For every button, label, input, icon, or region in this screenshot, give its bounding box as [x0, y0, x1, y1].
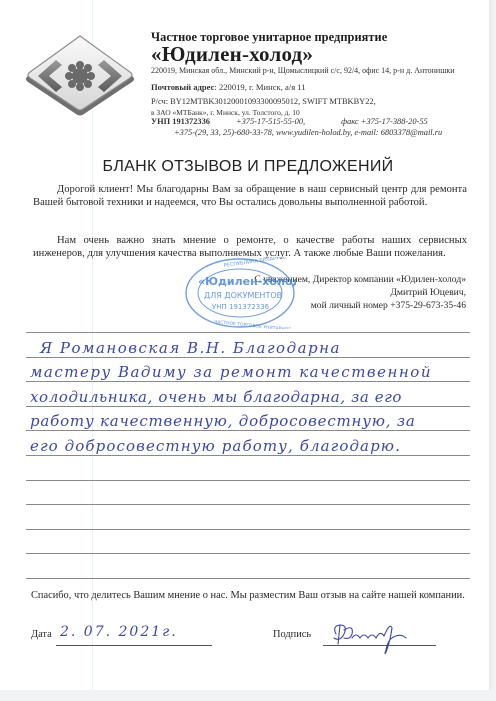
ruled-line [26, 357, 470, 358]
ruled-line [26, 455, 470, 456]
handwritten-feedback-line: мастеру Вадиму за ремонт качественной [30, 363, 432, 381]
intro-paragraph-1-text: Дорогой клиент! Мы благодарны Вам за обр… [33, 184, 467, 208]
contacts-line: +375-(29, 33, 25)-680-33-78, www.yudilen… [174, 128, 442, 137]
page-title: БЛАНК ОТЗЫВОВ И ПРЕДЛОЖЕНИЙ [0, 158, 496, 176]
phone-number: +375-17-515-55-00, [236, 117, 305, 126]
page-edge-shadow [489, 0, 496, 701]
postal-address: Почтовый адрес: 220019, г. Минск, а/я 11 [151, 82, 306, 92]
stamp-purpose: ДЛЯ ДОКУМЕНТОВ [204, 291, 282, 300]
ruled-line [26, 430, 470, 431]
ruled-line [26, 553, 470, 554]
handwritten-feedback-line: работу качественную, добросовестную, за [30, 412, 416, 430]
bank-account: Р/сч: BY12MTBK30120001093300095012, SWIF… [151, 97, 376, 106]
unp-number: УНП 191372336 [151, 117, 210, 126]
company-name: «Юдилен-холод» [151, 42, 313, 67]
postal-label: Почтовый адрес [151, 82, 214, 92]
unp-line: УНП 191372336+375-17-515-55-00,факс +375… [151, 117, 428, 126]
handwritten-feedback-line: его добросовестную работу, благодарю. [30, 437, 401, 455]
intro-paragraph-2-text: Нам очень важно знать мнение о ремонте, … [33, 235, 467, 259]
intro-paragraph-1: Дорогой клиент! Мы благодарны Вам за обр… [33, 184, 467, 209]
company-stamp: РЕСПУБЛИКА БЕЛАРУСЬ «Юдилен-холод» ДЛЯ Д… [184, 257, 296, 329]
stamp-unp: УНП 191372336 [212, 303, 270, 311]
ruled-line [26, 381, 470, 382]
stamp-name: «Юдилен-холод» [198, 275, 296, 288]
postal-address-value: : 220019, г. Минск, а/я 11 [214, 82, 305, 92]
ruled-line [26, 332, 470, 333]
ruled-line [26, 480, 470, 481]
stamp-ring-bottom: ЧАСТНОЕ ТОРГОВОЕ УНИТАРНОЕ [214, 319, 292, 329]
date-field-line [56, 645, 212, 646]
ruled-line [26, 578, 470, 579]
feedback-form-page: Частное торговое унитарное предприятие «… [0, 0, 496, 701]
bank-name: в ЗАО «МТБанк», г. Минск, ул. Толстого, … [151, 108, 300, 117]
snowflake-diamond-logo-icon [20, 32, 140, 120]
legal-address: 220019, Минская обл., Минский р-н, Щомыс… [151, 66, 455, 75]
page-bottom-edge [0, 690, 496, 701]
handwritten-feedback-line: Я Романовская В.Н. Благодарна [40, 339, 341, 357]
fax-number: факс +375-17-388-20-55 [341, 117, 428, 126]
ruled-line [26, 504, 470, 505]
handwritten-feedback-line: холодильника, очень мы благодарна, за ег… [30, 388, 402, 406]
signature-label: Подпись [273, 629, 311, 640]
thanks-text: Спасибо, что делитесь Вашим мнение о нас… [31, 590, 471, 603]
date-label: Дата [31, 629, 52, 640]
handwritten-signature [330, 620, 410, 658]
ruled-line [26, 406, 470, 407]
date-value: 2. 07. 2021г. [60, 624, 178, 640]
ruled-line [26, 529, 470, 530]
